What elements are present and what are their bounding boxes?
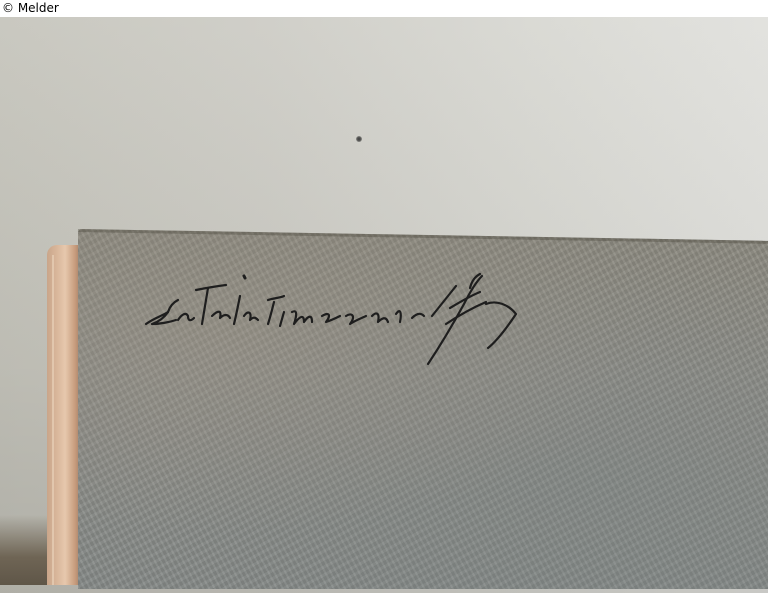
caption-bar: © Melder [0,0,768,17]
handwriting-strokes [140,268,540,378]
handwritten-inscription [140,268,540,378]
book-page-edges [47,245,80,585]
dust-speck [356,136,362,142]
copyright-caption: © Melder [2,1,59,15]
table-shadow [0,515,47,585]
